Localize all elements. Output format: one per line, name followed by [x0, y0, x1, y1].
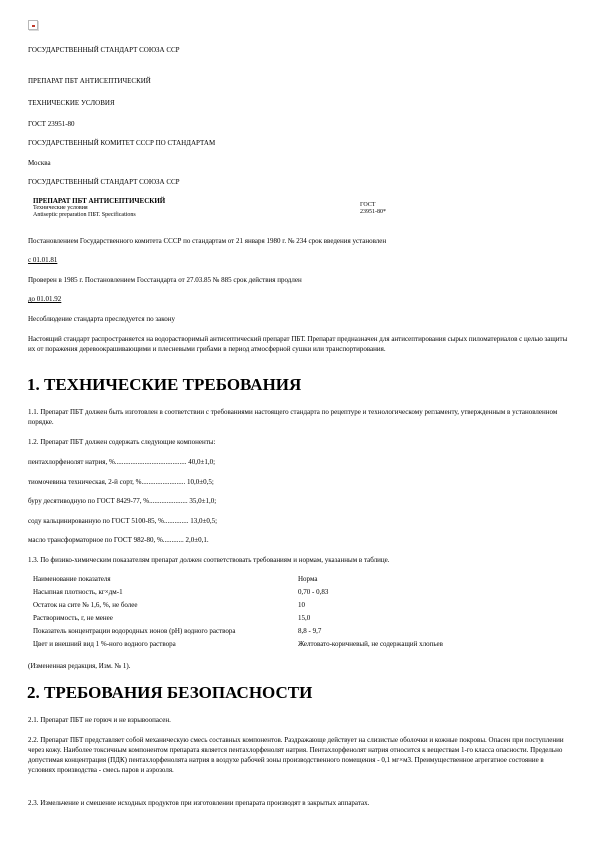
table-header-norm: Норма: [298, 575, 317, 584]
header-product-name: ПРЕПАРАТ ПБТ АНТИСЕПТИЧЕСКИЙ: [28, 77, 151, 86]
component-item: буру десятиводную по ГОСТ 8429-77, %....…: [28, 497, 216, 506]
component-item: соду кальцинированную по ГОСТ 5100-85, %…: [28, 517, 217, 526]
component-item: тиомочевина техническая, 2-й сорт, %....…: [28, 478, 214, 487]
table-header-row: Наименование показателя Норма: [33, 575, 573, 586]
header-gost-number: ГОСТ 23951-80: [28, 120, 75, 129]
paragraph-1-2: 1.2. Препарат ПБТ должен содержать следу…: [28, 438, 215, 447]
table-cell-norm: 15,0: [298, 614, 310, 623]
date-to-link[interactable]: до 01.01.92: [28, 295, 61, 304]
table-row: Остаток на сите № 1,6, %, не более 10: [33, 601, 573, 612]
table-row: Насыпная плотность, кг×дм-1 0,70 - 0,83: [33, 588, 573, 599]
component-item: пентахлорфенолят натрия, %..............…: [28, 458, 215, 467]
paragraph-1-3: 1.3. По физико-химическим показателям пр…: [28, 556, 389, 565]
component-item: масло трансформаторное по ГОСТ 982-80, %…: [28, 536, 209, 545]
paragraph-1-1: 1.1. Препарат ПБТ должен быть изготовлен…: [28, 407, 568, 427]
table-cell-norm: Желтовато-коричневый, не содержащий хлоп…: [298, 640, 443, 649]
section-1-heading: 1. ТЕХНИЧЕСКИЕ ТРЕБОВАНИЯ: [27, 375, 301, 395]
gost-block: ГОСТ 23951-80*: [360, 202, 386, 216]
table-cell-indicator: Остаток на сите № 1,6, %, не более: [33, 601, 138, 610]
table-cell-indicator: Растворимость, г, не менее: [33, 614, 113, 623]
document-page: ГОСУДАРСТВЕННЫЙ СТАНДАРТ СОЮЗА ССР ПРЕПА…: [0, 0, 595, 842]
paragraph-2-3: 2.3. Измельчение и смешение исходных про…: [28, 799, 369, 808]
checked-text: Проверен в 1985 г. Постановлением Госста…: [28, 276, 302, 285]
broken-image-icon: [28, 20, 38, 30]
table-header-indicator: Наименование показателя: [33, 575, 111, 584]
title-en: Antiseptic preparation ПБТ. Specificatio…: [33, 212, 165, 219]
table-cell-norm: 10: [298, 601, 305, 610]
table-cell-norm: 8,8 - 9,7: [298, 627, 321, 636]
section-2-heading: 2. ТРЕБОВАНИЯ БЕЗОПАСНОСТИ: [27, 683, 312, 703]
header-state-standard: ГОСУДАРСТВЕННЫЙ СТАНДАРТ СОЮЗА ССР: [28, 46, 180, 55]
date-from-link[interactable]: с 01.01.81: [28, 256, 57, 265]
header-tech-conditions: ТЕХНИЧЕСКИЕ УСЛОВИЯ: [28, 99, 115, 108]
table-row: Растворимость, г, не менее 15,0: [33, 614, 573, 625]
title-block: ПРЕПАРАТ ПБТ АНТИСЕПТИЧЕСКИЙ Технические…: [33, 197, 165, 219]
gost-label: ГОСТ: [360, 202, 386, 209]
compliance-text: Несоблюдение стандарта преследуется по з…: [28, 315, 175, 324]
table-row: Цвет и внешний вид 1 %-ного водного раст…: [33, 640, 573, 651]
table-cell-indicator: Показатель концентрации водородных ионов…: [33, 627, 236, 636]
amendment-note: (Измененная редакция, Изм. № 1).: [28, 662, 130, 671]
table-row: Показатель концентрации водородных ионов…: [33, 627, 573, 638]
table-cell-indicator: Насыпная плотность, кг×дм-1: [33, 588, 123, 597]
header-city: Москва: [28, 159, 51, 168]
header-state-standard-2: ГОСУДАРСТВЕННЫЙ СТАНДАРТ СОЮЗА ССР: [28, 178, 180, 187]
paragraph-2-2: 2.2. Препарат ПБТ представляет собой мех…: [28, 735, 568, 775]
gost-number: 23951-80*: [360, 209, 386, 216]
title-ru: ПРЕПАРАТ ПБТ АНТИСЕПТИЧЕСКИЙ: [33, 197, 165, 205]
table-cell-norm: 0,70 - 0,83: [298, 588, 328, 597]
subtitle-ru: Технические условия: [33, 205, 165, 212]
header-committee: ГОСУДАРСТВЕННЫЙ КОМИТЕТ СССР ПО СТАНДАРТ…: [28, 139, 215, 148]
paragraph-2-1: 2.1. Препарат ПБТ не горюч и не взрывооп…: [28, 716, 171, 725]
decree-text: Постановлением Государственного комитета…: [28, 237, 386, 246]
table-cell-indicator: Цвет и внешний вид 1 %-ного водного раст…: [33, 640, 176, 649]
scope-paragraph: Настоящий стандарт распространяется на в…: [28, 334, 568, 354]
